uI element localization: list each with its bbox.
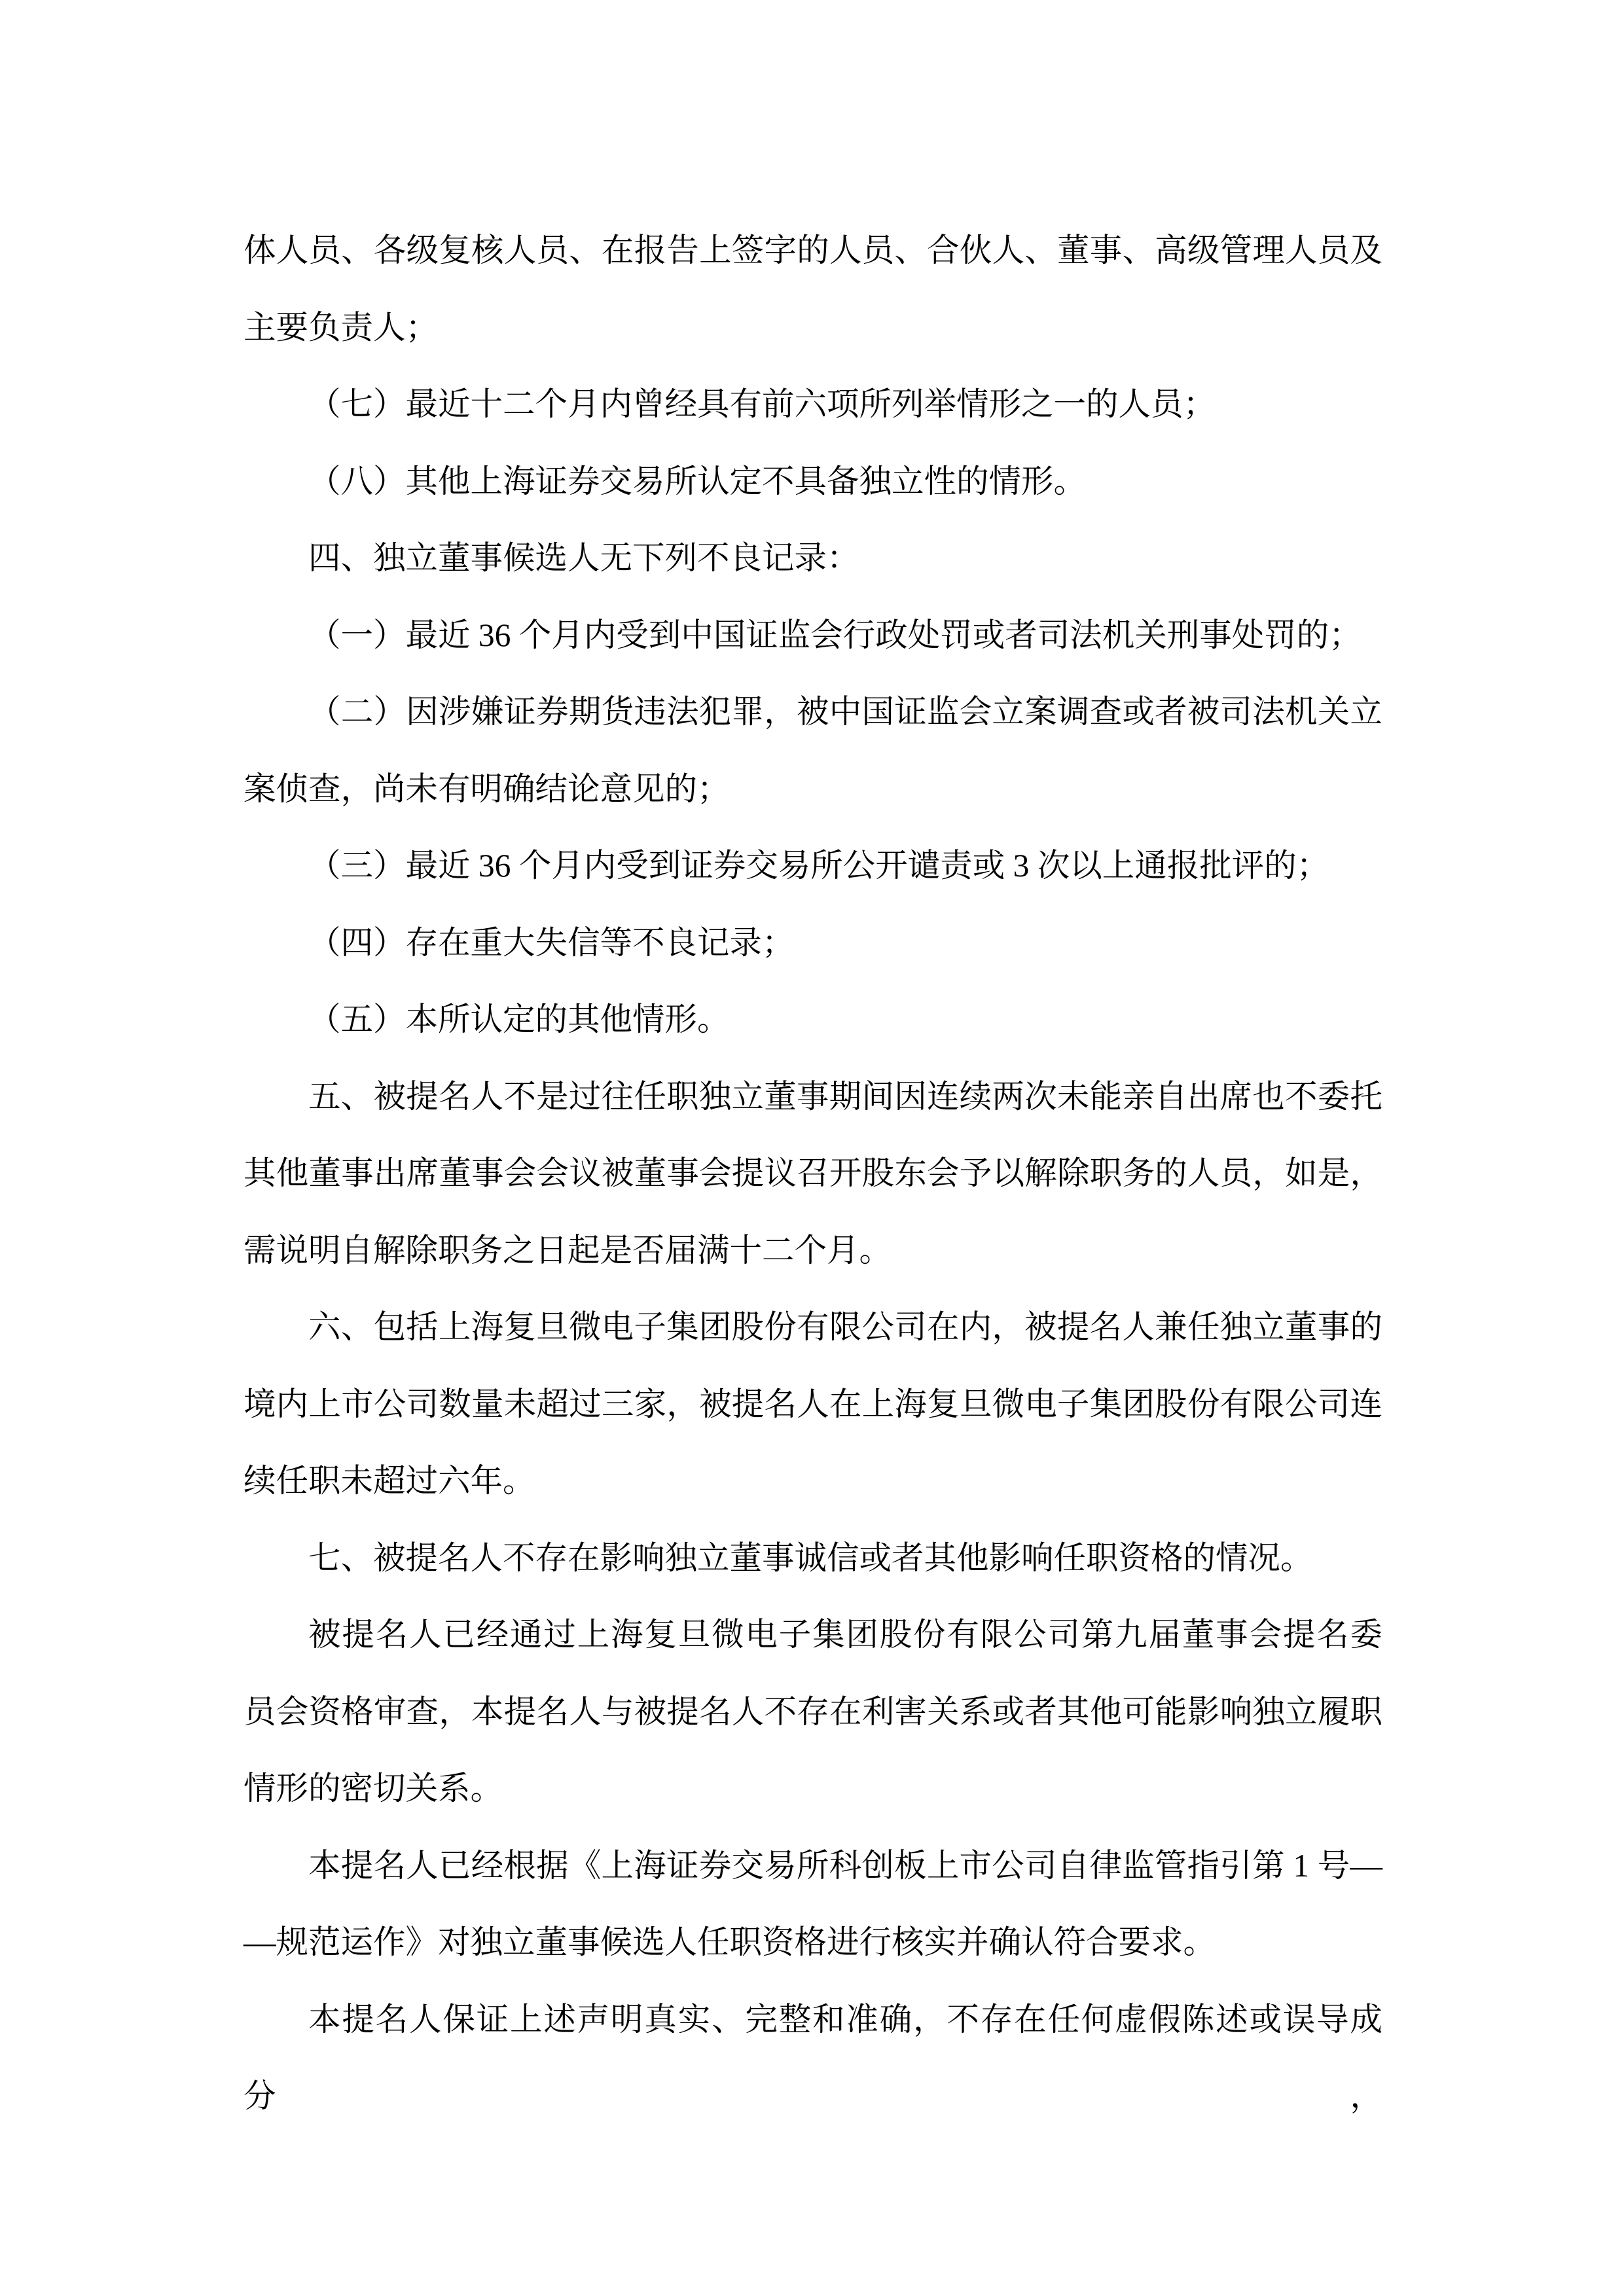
text-line: 本提名人保证上述声明真实、完整和准确，不存在任何虚假陈述或误导成分， xyxy=(244,1981,1382,2058)
text-line: （七）最近十二个月内曾经具有前六项所列举情形之一的人员； xyxy=(244,366,1382,443)
document-page: 体人员、各级复核人员、在报告上签字的人员、合伙人、董事、高级管理人员及 主要负责… xyxy=(0,0,1624,2296)
text-line: 主要负责人； xyxy=(244,289,1382,367)
text-line: 五、被提名人不是过往任职独立董事期间因连续两次未能亲自出席也不委托 xyxy=(244,1058,1382,1136)
text-line: （五）本所认定的其他情形。 xyxy=(244,981,1382,1058)
text-line: 情形的密切关系。 xyxy=(244,1750,1382,1827)
text-line: （二）因涉嫌证券期货违法犯罪，被中国证监会立案调查或者被司法机关立 xyxy=(244,673,1382,751)
text-line: 六、包括上海复旦微电子集团股份有限公司在内，被提名人兼任独立董事的 xyxy=(244,1289,1382,1366)
text-line: 四、独立董事候选人无下列不良记录： xyxy=(244,520,1382,597)
text-line: 员会资格审查，本提名人与被提名人不存在利害关系或者其他可能影响独立履职 xyxy=(244,1674,1382,1751)
text-line: 境内上市公司数量未超过三家，被提名人在上海复旦微电子集团股份有限公司连 xyxy=(244,1366,1382,1443)
text-line: 本提名人已经根据《上海证券交易所科创板上市公司自律监管指引第 1 号— xyxy=(244,1827,1382,1905)
text-line: —规范运作》对独立董事候选人任职资格进行核实并确认符合要求。 xyxy=(244,1904,1382,1981)
text-line: （三）最近 36 个月内受到证券交易所公开谴责或 3 次以上通报批评的； xyxy=(244,827,1382,905)
text-line: （八）其他上海证券交易所认定不具备独立性的情形。 xyxy=(244,443,1382,520)
text-line: 被提名人已经通过上海复旦微电子集团股份有限公司第九届董事会提名委 xyxy=(244,1596,1382,1674)
text-line: 案侦查，尚未有明确结论意见的； xyxy=(244,751,1382,828)
text-line: 需说明自解除职务之日起是否届满十二个月。 xyxy=(244,1212,1382,1289)
text-line: 其他董事出席董事会会议被董事会提议召开股东会予以解除职务的人员，如是， xyxy=(244,1135,1382,1212)
text-line: 续任职未超过六年。 xyxy=(244,1443,1382,1520)
text-line: （一）最近 36 个月内受到中国证监会行政处罚或者司法机关刑事处罚的； xyxy=(244,597,1382,674)
text-line: 体人员、各级复核人员、在报告上签字的人员、合伙人、董事、高级管理人员及 xyxy=(244,212,1382,289)
document-text-block: 体人员、各级复核人员、在报告上签字的人员、合伙人、董事、高级管理人员及 主要负责… xyxy=(244,212,1382,2058)
text-line: （四）存在重大失信等不良记录； xyxy=(244,905,1382,982)
text-line: 七、被提名人不存在影响独立董事诚信或者其他影响任职资格的情况。 xyxy=(244,1520,1382,1597)
